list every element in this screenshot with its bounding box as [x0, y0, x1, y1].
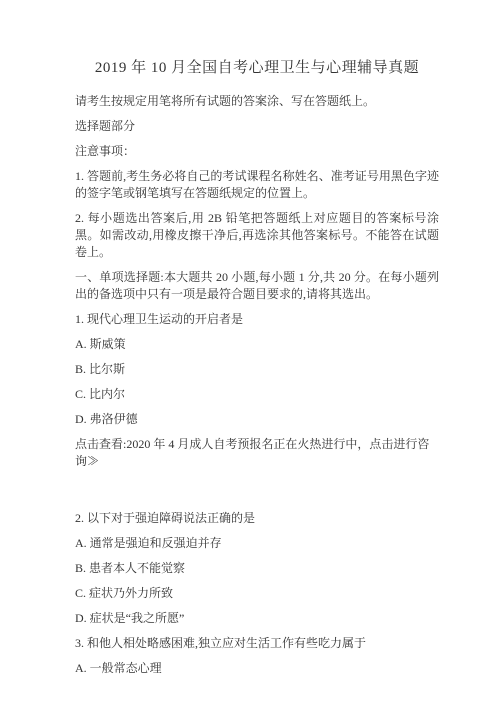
intro-text: 请考生按规定用笔将所有试题的答案涂、写在答题纸上。: [75, 93, 439, 110]
question-stem: 2. 以下对于强迫障碍说法正确的是: [75, 510, 439, 527]
option-item: A. 通常是强迫和反强迫并存: [75, 535, 439, 552]
option-item: C. 比内尔: [75, 386, 439, 403]
question-1: 1. 现代心理卫生运动的开启者是 A. 斯威策 B. 比尔斯 C. 比内尔 D.…: [75, 311, 439, 428]
option-item: A. 一般常态心理: [75, 660, 439, 677]
question-2: 2. 以下对于强迫障碍说法正确的是 A. 通常是强迫和反强迫并存 B. 患者本人…: [75, 510, 439, 627]
option-item: A. 斯威策: [75, 336, 439, 353]
question-stem: 1. 现代心理卫生运动的开启者是: [75, 311, 439, 328]
part-heading: 一、单项选择题:本大题共 20 小题,每小题 1 分,共 20 分。在每小题列出…: [75, 269, 439, 303]
section-label: 选择题部分: [75, 118, 439, 135]
option-item: D. 弗洛伊德: [75, 411, 439, 428]
exam-document-page: 2019 年 10 月全国自考心理卫生与心理辅导真题 请考生按规定用笔将所有试题…: [0, 0, 499, 706]
notice-item-2: 2. 每小题选出答案后,用 2B 铅笔把答题纸上对应题目的答案标号涂黑。如需改动…: [75, 210, 439, 261]
notice-label: 注意事项：: [75, 143, 439, 160]
option-item: C. 症状乃外力所致: [75, 585, 439, 602]
option-item: B. 比尔斯: [75, 361, 439, 378]
notice-item-1: 1. 答题前,考生务必将自己的考试课程名称姓名、准考证号用黑色字迹的签字笔或钢笔…: [75, 168, 439, 202]
option-item: D. 症状是“我之所愿”: [75, 610, 439, 627]
promo-link[interactable]: 点击查看:2020 年 4 月成人自考预报名正在火热进行中，点击进行咨询≫: [75, 436, 439, 470]
option-item: B. 患者本人不能觉察: [75, 560, 439, 577]
page-title: 2019 年 10 月全国自考心理卫生与心理辅导真题: [75, 58, 439, 78]
question-stem: 3. 和他人相处略感困难,独立应对生活工作有些吃力属于: [75, 635, 439, 652]
question-3: 3. 和他人相处略感困难,独立应对生活工作有些吃力属于 A. 一般常态心理: [75, 635, 439, 677]
